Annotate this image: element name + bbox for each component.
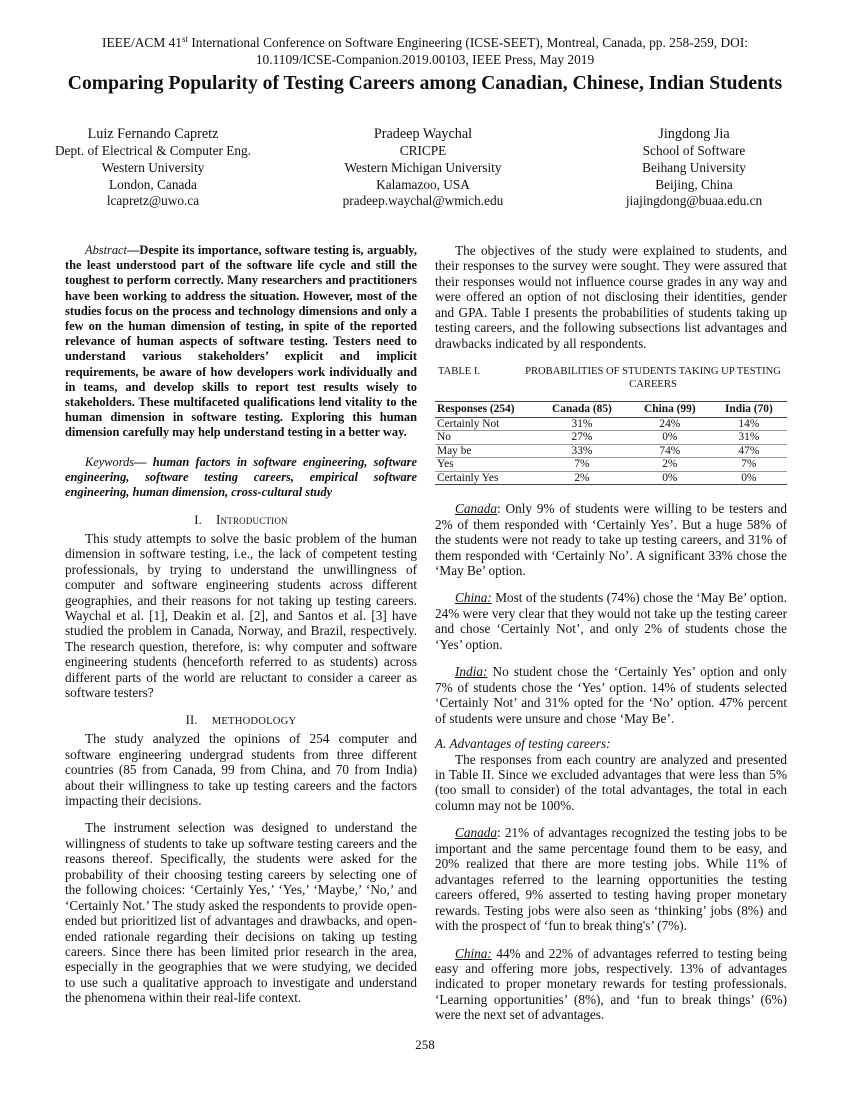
table-cell: May be [435,444,535,458]
advantages-china: China: 44% and 22% of advantages referre… [435,946,787,1023]
conference-line-1: IEEE/ACM 41st International Conference o… [40,34,810,51]
author-1: Luiz Fernando Capretz Dept. of Electrica… [28,126,278,210]
table-row: Certainly Not 31% 24% 14% [435,417,787,431]
keywords: Keywords— human factors in software engi… [65,455,417,501]
page-number: 258 [0,1037,850,1053]
methodology-paragraph-3: The objectives of the study were explain… [435,243,787,351]
author-email: pradeep.waychal@wmich.edu [298,193,548,210]
advantages-canada: Canada: 21% of advantages recognized the… [435,825,787,933]
section-heading-introduction: I.Introduction [65,512,417,528]
table-1-caption: TABLE I. PROBABILITIES OF STUDENTS TAKIN… [435,365,787,391]
author-name: Jingdong Jia [569,126,819,143]
author-block: Luiz Fernando Capretz Dept. of Electrica… [58,126,818,216]
section-heading-methodology: II.METHODOLOGY [65,713,417,729]
table-cell: 31% [711,431,787,445]
author-name: Luiz Fernando Capretz [28,126,278,143]
column-header: India (70) [711,402,787,418]
left-column: Abstract—Despite its importance, softwar… [65,243,417,1006]
advantages-intro: The responses from each country are anal… [435,752,787,814]
table-cell: 33% [535,444,629,458]
table-cell: 0% [711,471,787,485]
conference-header: IEEE/ACM 41st International Conference o… [40,34,810,68]
table-cell: 7% [535,458,629,472]
author-dept: Dept. of Electrical & Computer Eng. [28,143,278,160]
column-header: Canada (85) [535,402,629,418]
author-location: Beijing, China [569,177,819,194]
author-org: Western Michigan University [298,160,548,177]
author-name: Pradeep Waychal [298,126,548,143]
table-cell: No [435,431,535,445]
table-cell: 24% [629,417,711,431]
column-header: China (99) [629,402,711,418]
results-canada: Canada: Only 9% of students were willing… [435,501,787,578]
author-location: London, Canada [28,177,278,194]
table-row: No 27% 0% 31% [435,431,787,445]
author-location: Kalamazoo, USA [298,177,548,194]
table-cell: 14% [711,417,787,431]
author-email: jiajingdong@buaa.edu.cn [569,193,819,210]
author-org: Beihang University [569,160,819,177]
table-cell: 0% [629,431,711,445]
author-dept: School of Software [569,143,819,160]
author-dept: CRICPE [298,143,548,160]
table-cell: 2% [535,471,629,485]
table-cell: 2% [629,458,711,472]
table-cell: 31% [535,417,629,431]
table-cell: Yes [435,458,535,472]
table-cell: 7% [711,458,787,472]
table-cell: 47% [711,444,787,458]
table-cell: Certainly Yes [435,471,535,485]
paper-title: Comparing Popularity of Testing Careers … [20,72,830,96]
table-row: Yes 7% 2% 7% [435,458,787,472]
table-cell: 0% [629,471,711,485]
table-row: Certainly Yes 2% 0% 0% [435,471,787,485]
conference-line-2: 10.1109/ICSE-Companion.2019.00103, IEEE … [40,51,810,68]
table-row: May be 33% 74% 47% [435,444,787,458]
column-header: Responses (254) [435,402,535,418]
results-china: China: Most of the students (74%) chose … [435,590,787,652]
author-org: Western University [28,160,278,177]
author-email: lcapretz@uwo.ca [28,193,278,210]
results-india: India: No student chose the ‘Certainly Y… [435,664,787,726]
table-cell: Certainly Not [435,417,535,431]
methodology-paragraph-2: The instrument selection was designed to… [65,820,417,1005]
table-label: TABLE I. [438,365,480,378]
table-cell: 27% [535,431,629,445]
abstract: Abstract—Despite its importance, softwar… [65,243,417,441]
table-title: PROBABILITIES OF STUDENTS TAKING UP TEST… [513,365,793,391]
probabilities-table: Responses (254) Canada (85) China (99) I… [435,401,787,485]
table-header-row: Responses (254) Canada (85) China (99) I… [435,402,787,418]
right-column: The objectives of the study were explain… [435,243,787,1023]
intro-paragraph: This study attempts to solve the basic p… [65,531,417,701]
author-3: Jingdong Jia School of Software Beihang … [569,126,819,210]
methodology-paragraph-1: The study analyzed the opinions of 254 c… [65,731,417,808]
table-cell: 74% [629,444,711,458]
author-2: Pradeep Waychal CRICPE Western Michigan … [298,126,548,210]
subsection-heading-advantages: A. Advantages of testing careers: [435,736,787,751]
